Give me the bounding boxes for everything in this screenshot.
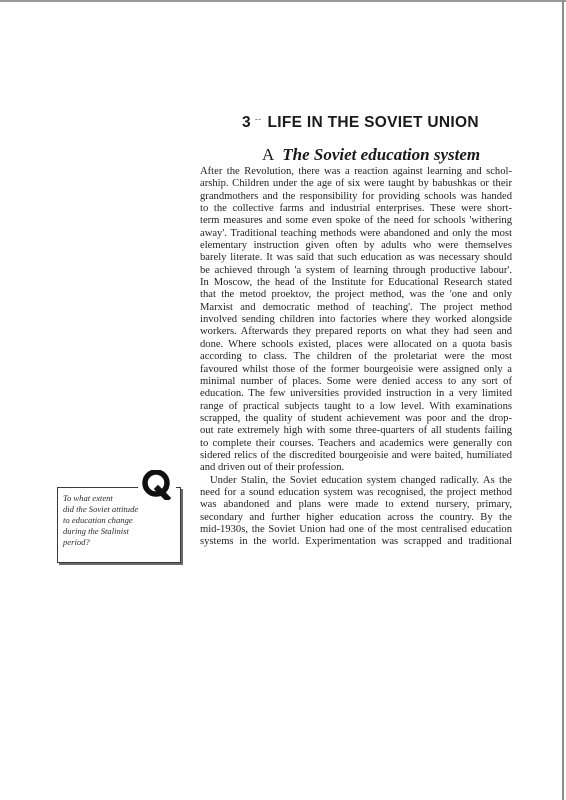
chapter-title: 3--LIFE IN THE SOVIET UNION bbox=[242, 114, 479, 132]
question-q-icon bbox=[138, 470, 176, 500]
body-line: mid-1930s, the Soviet Union had one of t… bbox=[200, 524, 512, 536]
section-heading: AThe Soviet education system bbox=[262, 145, 480, 165]
body-line: Marxist and democratic method of teachin… bbox=[200, 302, 512, 314]
body-line: need for a sound education system was re… bbox=[200, 487, 512, 499]
body-line: secondary and further higher education a… bbox=[200, 512, 512, 524]
body-line: education. The few universities provided… bbox=[200, 388, 512, 400]
body-line: to the collective farms and industrial e… bbox=[200, 203, 512, 215]
question-line: period? bbox=[63, 537, 138, 548]
body-line: that the metod proektov, the project met… bbox=[200, 289, 512, 301]
body-line: workers. Afterwards they prepared report… bbox=[200, 326, 512, 338]
body-line: done. Where schools existed, places were… bbox=[200, 339, 512, 351]
question-text: To what extent did the Soviet attitude t… bbox=[63, 493, 138, 548]
body-line: Under Stalin, the Soviet education syste… bbox=[200, 475, 512, 487]
body-line: be achieved through 'a system of learnin… bbox=[200, 265, 512, 277]
body-line: barely literate. It was said that such e… bbox=[200, 252, 512, 264]
question-line: to education change bbox=[63, 515, 138, 526]
body-line: was abandoned and plans were made to ext… bbox=[200, 499, 512, 511]
body-line: involved sending children into factories… bbox=[200, 314, 512, 326]
body-line: and driven out of their profession. bbox=[200, 462, 512, 474]
question-line: did the Soviet attitude bbox=[63, 504, 138, 515]
body-line: out rate extremely high with some three-… bbox=[200, 425, 512, 437]
page-edge-top bbox=[0, 0, 566, 2]
body-line: grandmothers and the responsibility for … bbox=[200, 191, 512, 203]
question-line: To what extent bbox=[63, 493, 138, 504]
body-line: term measures and some even spoke of the… bbox=[200, 215, 512, 227]
chapter-separator: -- bbox=[255, 114, 262, 124]
section-title: The Soviet education system bbox=[282, 145, 480, 164]
body-line: sidered relics of the discredited bourge… bbox=[200, 450, 512, 462]
body-line: minimal number of places. Some were deni… bbox=[200, 376, 512, 388]
body-line: away'. Traditional teaching methods were… bbox=[200, 228, 512, 240]
chapter-title-text: LIFE IN THE SOVIET UNION bbox=[268, 114, 479, 131]
question-line: during the Stalinist bbox=[63, 526, 138, 537]
body-line: according to class. The children of the … bbox=[200, 351, 512, 363]
body-line: range of practical subjects taught to a … bbox=[200, 401, 512, 413]
section-letter: A bbox=[262, 145, 274, 164]
chapter-number: 3 bbox=[242, 114, 251, 131]
body-line: elementary instruction given often by ad… bbox=[200, 240, 512, 252]
body-line: In Moscow, the head of the Institute for… bbox=[200, 277, 512, 289]
body-line: favoured whilst those of the former bour… bbox=[200, 364, 512, 376]
body-line: to complete their courses. Teachers and … bbox=[200, 438, 512, 450]
body-line: arship. Children under the age of six we… bbox=[200, 178, 512, 190]
body-text: After the Revolution, there was a reacti… bbox=[200, 166, 512, 549]
body-line: scrapped, the quality of student achieve… bbox=[200, 413, 512, 425]
body-line: After the Revolution, there was a reacti… bbox=[200, 166, 512, 178]
body-line: systems in the world. Experimentation wa… bbox=[200, 536, 512, 548]
page-edge-right bbox=[562, 0, 564, 800]
